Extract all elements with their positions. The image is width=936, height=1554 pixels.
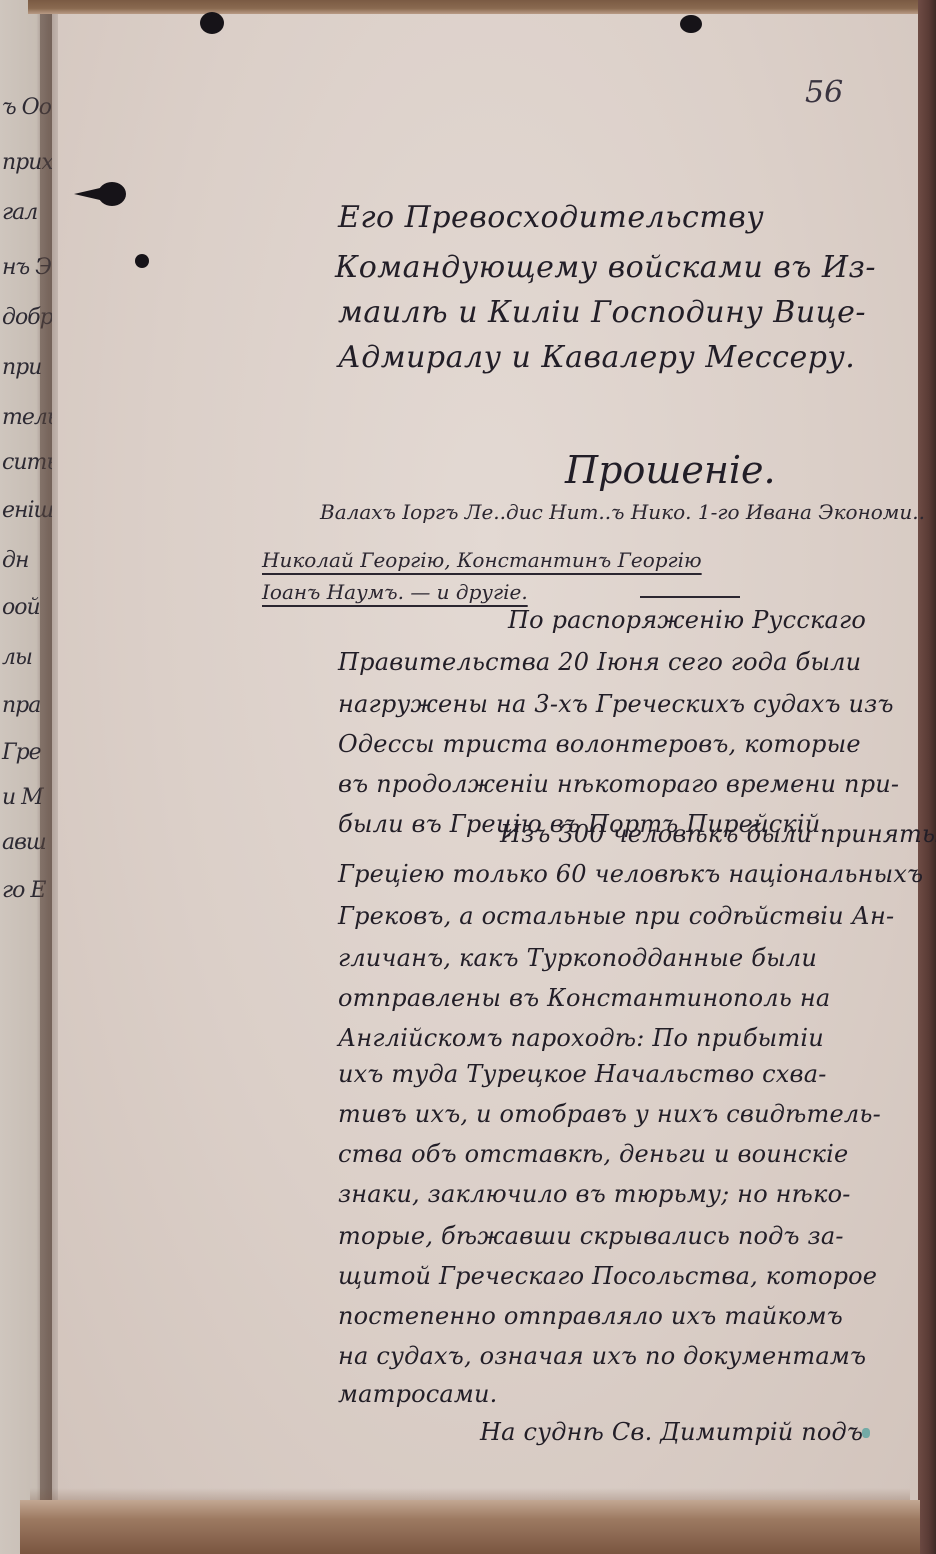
folio-number: 56 xyxy=(805,75,843,110)
addressee-line: Адмиралу и Кавалеру Мессеру. xyxy=(338,340,855,375)
body-line: отправлены въ Константинополь на xyxy=(338,984,830,1012)
body-line: матросами. xyxy=(338,1380,498,1408)
body-line: ства объ отставкѣ, деньги и воинскiе xyxy=(338,1140,848,1168)
archive-mark xyxy=(862,1428,870,1438)
body-line: По распоряженiю Русскаго xyxy=(508,606,866,634)
body-line: Грековъ, а остальные при содѣйствiи Ан- xyxy=(338,902,894,930)
left-page-fragment: лы xyxy=(2,645,32,670)
ink-dot xyxy=(135,254,149,268)
petitioners-line: Валахъ Іоргъ Ле..дис Нит..ъ Нико. 1-го И… xyxy=(320,500,925,524)
left-page-fragment: пра xyxy=(2,693,40,718)
body-line: Англiйскомъ пароходѣ: По прибытiи xyxy=(338,1024,824,1052)
punch-hole xyxy=(680,15,702,33)
left-page-fragment: дн xyxy=(2,548,28,573)
left-page-fragment: при xyxy=(2,355,41,380)
body-line: щитой Греческаго Посольства, которое xyxy=(338,1262,877,1290)
left-page-fragment: Гре xyxy=(2,740,41,765)
document-title: Прошенiе. xyxy=(565,448,776,492)
addressee-line: Его Превосходительству xyxy=(338,200,764,235)
body-line: гличанъ, какъ Туркоподданные были xyxy=(338,944,817,972)
body-line: знаки, заключило въ тюрьму; но нѣко- xyxy=(338,1180,851,1208)
body-line: Изъ 300 человѣкъ были приняты xyxy=(500,820,936,848)
body-line: торые, бѣжавши скрывались подъ за- xyxy=(338,1222,844,1250)
body-line: въ продолженiи нѣкотораго времени при- xyxy=(338,770,899,798)
body-line: тивъ ихъ, и отобравъ у нихъ свидѣтель- xyxy=(338,1100,881,1128)
left-page-fragment: и М xyxy=(2,785,43,810)
body-line: Одессы триста волонтеровъ, которые xyxy=(338,730,861,758)
right-binding-edge xyxy=(918,0,936,1554)
body-line: ихъ туда Турецкое Начальство схва- xyxy=(338,1060,827,1088)
body-line: на судахъ, означая ихъ по документамъ xyxy=(338,1342,866,1370)
top-damaged-edge xyxy=(28,0,923,14)
ink-blot-tail xyxy=(74,188,100,200)
petitioners-line: Николай Георгiю, Константинъ Георгiю xyxy=(262,548,702,572)
left-page-fragment: го Е xyxy=(2,878,45,903)
body-line: На суднѣ Св. Димитрiй подъ xyxy=(480,1418,863,1446)
bottom-damaged-edge xyxy=(20,1500,920,1554)
body-line: Правительства 20 Iюня сего года были xyxy=(338,648,861,676)
left-page-fragment: оой xyxy=(2,595,40,620)
body-line: постепенно отправляло ихъ тайкомъ xyxy=(338,1302,843,1330)
addressee-line: маилѣ и Килiи Господину Вице- xyxy=(338,295,866,330)
scanned-document: ъ Оо прих гал нъ Э добр при тель сить ен… xyxy=(0,0,936,1554)
punch-hole xyxy=(200,12,224,34)
petitioners-line: Іоанъ Наумъ. — и другiе. xyxy=(262,580,528,604)
ink-blot xyxy=(98,182,126,206)
body-line: нагружены на 3-хъ Греческихъ судахъ изъ xyxy=(338,690,894,718)
left-page-fragment: гал xyxy=(2,200,37,225)
addressee-line: Командующему войсками въ Из- xyxy=(335,250,876,285)
closing-dash xyxy=(640,596,740,598)
body-line: Грецiею только 60 человѣкъ нацiональныхъ xyxy=(338,860,923,888)
